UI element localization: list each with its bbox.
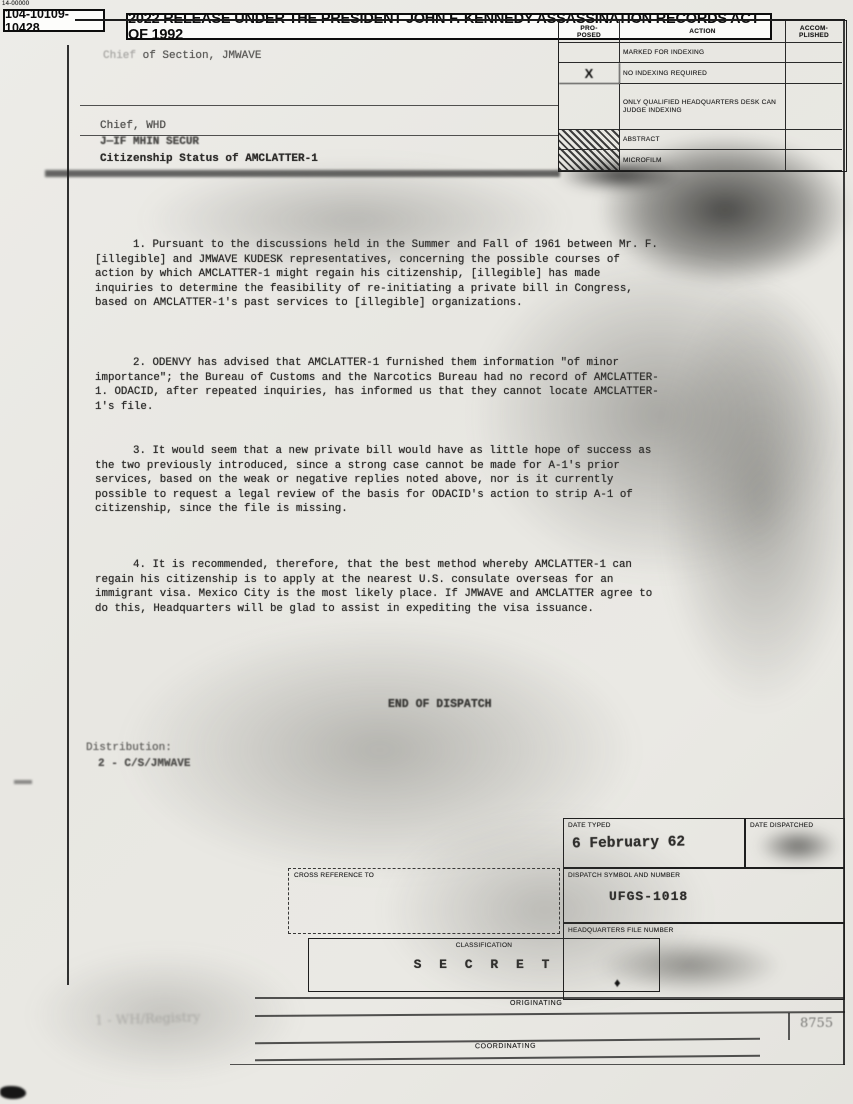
date-dispatched-label: DATE DISPATCHED <box>750 822 844 829</box>
date-typed-label: DATE TYPED <box>568 822 744 829</box>
classification-box: CLASSIFICATION S E C R E T <box>308 938 660 992</box>
subject-specific-line: Citizenship Status of AMCLATTER-1 <box>100 153 318 165</box>
smudge-blob <box>120 620 640 880</box>
subject-general-line: J—IF MHIN SECUR <box>100 136 199 148</box>
addressee-prefix: Chief <box>103 50 136 62</box>
end-of-dispatch: END OF DISPATCH <box>388 698 492 711</box>
dispatch-symbol-label: DISPATCH SYMBOL AND NUMBER <box>568 872 844 879</box>
action-abstract: ABSTRACT <box>620 130 786 150</box>
indexing-routing-table: PRO- POSED ACTION ACCOM- PLISHED MARKED … <box>558 20 847 172</box>
stamp-cell-rule <box>788 1013 790 1040</box>
distribution-line: 2 - C/S/JMWAVE <box>98 758 190 770</box>
proposed-cell <box>559 84 620 130</box>
proposed-cell-hatched <box>559 150 620 171</box>
action-no-indexing-required: NO INDEXING REQUIRED <box>620 63 786 84</box>
info-line: Chief, WHD <box>100 120 166 132</box>
date-typed-value: 6 February 62 <box>572 834 744 853</box>
originating-bottom-rule <box>255 1011 845 1017</box>
proposed-cell-hatched <box>559 130 620 150</box>
accomplished-cell <box>786 150 842 171</box>
originating-top-rule <box>255 997 845 999</box>
action-microfilm: MICROFILM <box>620 150 786 171</box>
diamond-mark: ♦ <box>614 975 621 990</box>
cross-reference-label: CROSS REFERENCE TO <box>294 872 559 879</box>
proposed-cell <box>559 43 620 63</box>
stamp-number: 8755 <box>800 1016 833 1031</box>
address-rule-1 <box>80 105 558 106</box>
col-header-proposed: PRO- POSED <box>559 21 620 43</box>
paragraph-2: 2. ODENVY has advised that AMCLATTER-1 f… <box>95 356 663 414</box>
cross-reference-box: CROSS REFERENCE TO <box>288 868 560 934</box>
dispatch-symbol-box: DISPATCH SYMBOL AND NUMBER UFGS-1018 <box>563 868 845 923</box>
subject-divider-band <box>45 170 560 177</box>
accomplished-cell <box>786 130 842 150</box>
margin-mark <box>14 780 32 784</box>
coordinating-bottom-rule <box>255 1055 760 1061</box>
date-typed-box: DATE TYPED 6 February 62 <box>563 818 745 868</box>
date-dispatched-box: DATE DISPATCHED <box>745 818 845 868</box>
form-left-rule <box>67 45 69 985</box>
action-only-qualified-desk: ONLY QUALIFIED HEADQUARTERS DESK CAN JUD… <box>620 84 786 130</box>
action-marked-for-indexing: MARKED FOR INDEXING <box>620 43 786 63</box>
paragraph-4: 4. It is recommended, therefore, that th… <box>95 558 663 616</box>
ink-mark <box>0 1086 26 1099</box>
bottom-rule <box>230 1064 845 1065</box>
hq-file-number-label: HEADQUARTERS FILE NUMBER <box>568 927 844 934</box>
proposed-x-mark: X <box>559 63 620 84</box>
originating-label: ORIGINATING <box>510 1000 562 1007</box>
scanned-document-page: 14-00000 104-10109-10428 2022 RELEASE UN… <box>0 0 853 1104</box>
accomplished-cell <box>786 43 842 63</box>
distribution-label: Distribution: <box>86 742 172 754</box>
paragraph-3: 3. It would seem that a new private bill… <box>95 444 663 517</box>
dispatch-symbol-value: UFGS-1018 <box>609 889 844 904</box>
registry-note: 1 - WH/Registry <box>95 1010 201 1029</box>
smudge-blob <box>660 280 853 710</box>
accomplished-cell <box>786 63 842 84</box>
accomplished-cell <box>786 84 842 130</box>
col-header-action: ACTION <box>620 21 786 43</box>
paragraph-1: 1. Pursuant to the discussions held in t… <box>95 238 663 311</box>
classification-label: CLASSIFICATION <box>309 942 659 949</box>
coordinating-label: COORDINATING <box>475 1043 536 1051</box>
classification-value: S E C R E T <box>309 957 659 972</box>
col-header-accomplished: ACCOM- PLISHED <box>786 21 842 43</box>
addressee-line: of Section, JMWAVE <box>136 50 261 62</box>
